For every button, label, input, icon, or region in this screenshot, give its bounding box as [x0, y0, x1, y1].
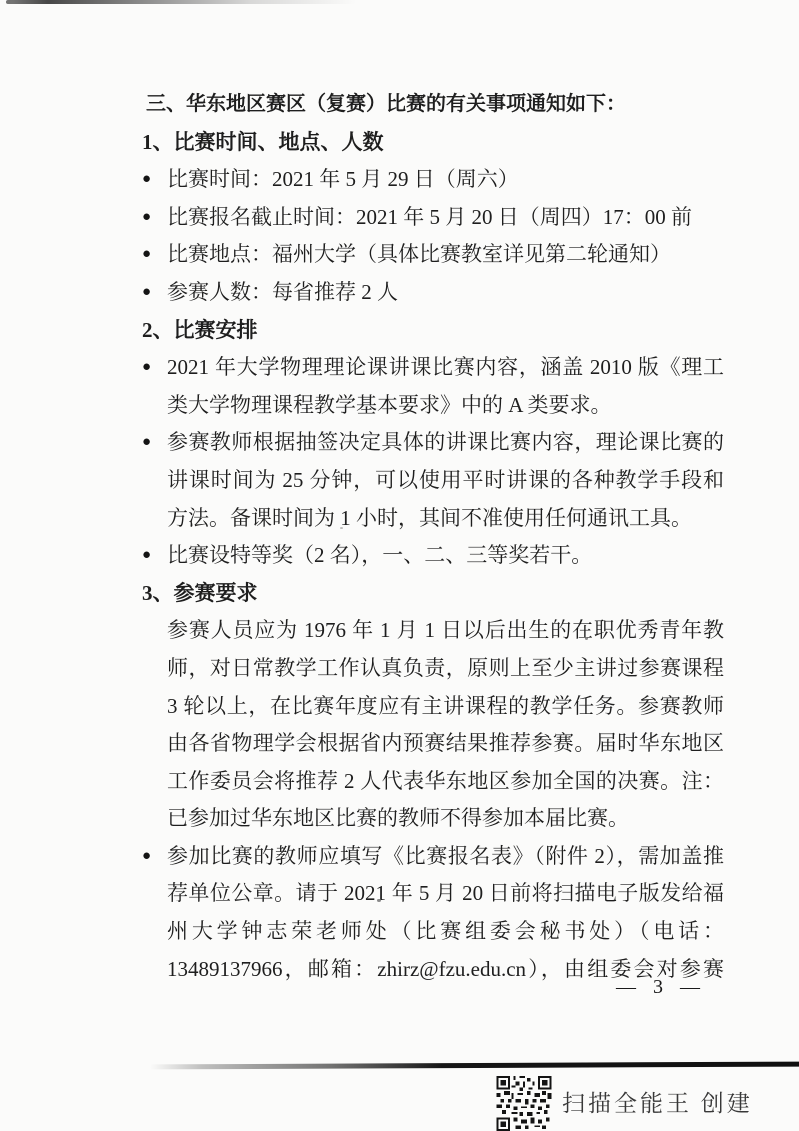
bullet-icon: ●: [142, 274, 162, 312]
scan-speck: [377, 899, 381, 902]
bullet-item: ● 比赛设特等奖（2 名），一、二、三等奖若干。: [142, 537, 724, 575]
subheading-text: 3、参赛要求: [142, 575, 724, 613]
document-body: 三、华东地区赛区（复赛）比赛的有关事项通知如下： 1、比赛时间、地点、人数 ● …: [142, 86, 724, 988]
subheading-3: 3、参赛要求: [142, 575, 724, 613]
heading-text: 三、华东地区赛区（复赛）比赛的有关事项通知如下：: [142, 86, 724, 124]
requirements-paragraph: 参赛人员应为 1976 年 1 月 1 日以后出生的在职优秀青年教 师，对日常教…: [142, 612, 724, 838]
bullet-item: ● 2021 年大学物理理论课讲课比赛内容，涵盖 2010 版《理工科 类大学物…: [142, 349, 724, 424]
text-line: 比赛报名截止时间：2021 年 5 月 20 日（周四）17：00 前: [167, 199, 724, 237]
text-line: 参赛教师根据抽签决定具体的讲课比赛内容，理论课比赛的: [167, 424, 724, 462]
text-line: 比赛地点：福州大学（具体比赛教室详见第二轮通知）: [167, 236, 724, 274]
bullet-item: ● 比赛时间：2021 年 5 月 29 日（周六）: [142, 161, 724, 199]
text-line: 比赛设特等奖（2 名），一、二、三等奖若干。: [167, 537, 724, 575]
subheading-2: 2、比赛安排: [142, 312, 724, 350]
text-line: 2021 年大学物理理论课讲课比赛内容，涵盖 2010 版《理工科: [167, 349, 724, 387]
bullet-icon: ●: [142, 349, 162, 387]
subheading-text: 2、比赛安排: [142, 312, 724, 350]
bullet-item: ● 比赛报名截止时间：2021 年 5 月 20 日（周四）17：00 前: [142, 199, 724, 237]
scan-artifact-top-smudge: [6, 0, 356, 4]
scan-artifact-bottom-line: [150, 1062, 799, 1070]
text-line: 由各省物理学会根据省内预赛结果推荐参赛。届时华东地区: [167, 725, 724, 763]
text-line: 荐单位公章。请于 2021 年 5 月 20 日前将扫描电子版发给福: [167, 875, 724, 913]
text-line: 方法。备课时间为 1 小时，其间不准使用任何通讯工具。: [167, 500, 724, 538]
subheading-text: 1、比赛时间、地点、人数: [142, 124, 724, 162]
bullet-icon: ●: [142, 424, 162, 462]
text-line: 比赛时间：2021 年 5 月 29 日（周六）: [167, 161, 724, 199]
text-line: 工作委员会将推荐 2 人代表华东地区参加全国的决赛。注：: [167, 763, 724, 801]
bullet-icon: ●: [142, 236, 162, 274]
text-line: 已参加过华东地区比赛的教师不得参加本届比赛。: [167, 800, 724, 838]
bullet-item: ● 参加比赛的教师应填写《比赛报名表》（附件 2），需加盖推 荐单位公章。请于 …: [142, 838, 724, 988]
subheading-1: 1、比赛时间、地点、人数: [142, 124, 724, 162]
bullet-icon: ●: [142, 838, 162, 876]
bullet-item: ● 参赛人数：每省推荐 2 人: [142, 274, 724, 312]
qr-code-icon: [496, 1076, 552, 1131]
bullet-item: ● 比赛地点：福州大学（具体比赛教室详见第二轮通知）: [142, 236, 724, 274]
text-line: 3 轮以上，在比赛年度应有主讲课程的教学任务。参赛教师: [167, 688, 724, 726]
bullet-icon: ●: [142, 537, 162, 575]
camscanner-watermark-label: 扫描全能王 创建: [562, 1085, 753, 1118]
bullet-item: ● 参赛教师根据抽签决定具体的讲课比赛内容，理论课比赛的 讲课时间为 25 分钟…: [142, 424, 724, 537]
page-number: — 3 —: [142, 972, 724, 1002]
text-line: 参赛人数：每省推荐 2 人: [167, 274, 724, 312]
text-line: 类大学物理课程教学基本要求》中的 A 类要求。: [167, 387, 724, 425]
scan-speck: [340, 527, 343, 529]
text-line: 讲课时间为 25 分钟，可以使用平时讲课的各种教学手段和: [167, 462, 724, 500]
text-line: 师，对日常教学工作认真负责，原则上至少主讲过参赛课程: [167, 650, 724, 688]
scanned-document-page: 三、华东地区赛区（复赛）比赛的有关事项通知如下： 1、比赛时间、地点、人数 ● …: [0, 0, 799, 1131]
scan-speck: [585, 637, 588, 640]
bullet-icon: ●: [142, 161, 162, 199]
text-line: 州大学钟志荣老师处（比赛组委会秘书处）（电话：: [167, 913, 724, 951]
section-heading: 三、华东地区赛区（复赛）比赛的有关事项通知如下：: [142, 86, 724, 124]
text-line: 参加比赛的教师应填写《比赛报名表》（附件 2），需加盖推: [167, 838, 724, 876]
bullet-icon: ●: [142, 199, 162, 237]
text-line: 参赛人员应为 1976 年 1 月 1 日以后出生的在职优秀青年教: [167, 612, 724, 650]
